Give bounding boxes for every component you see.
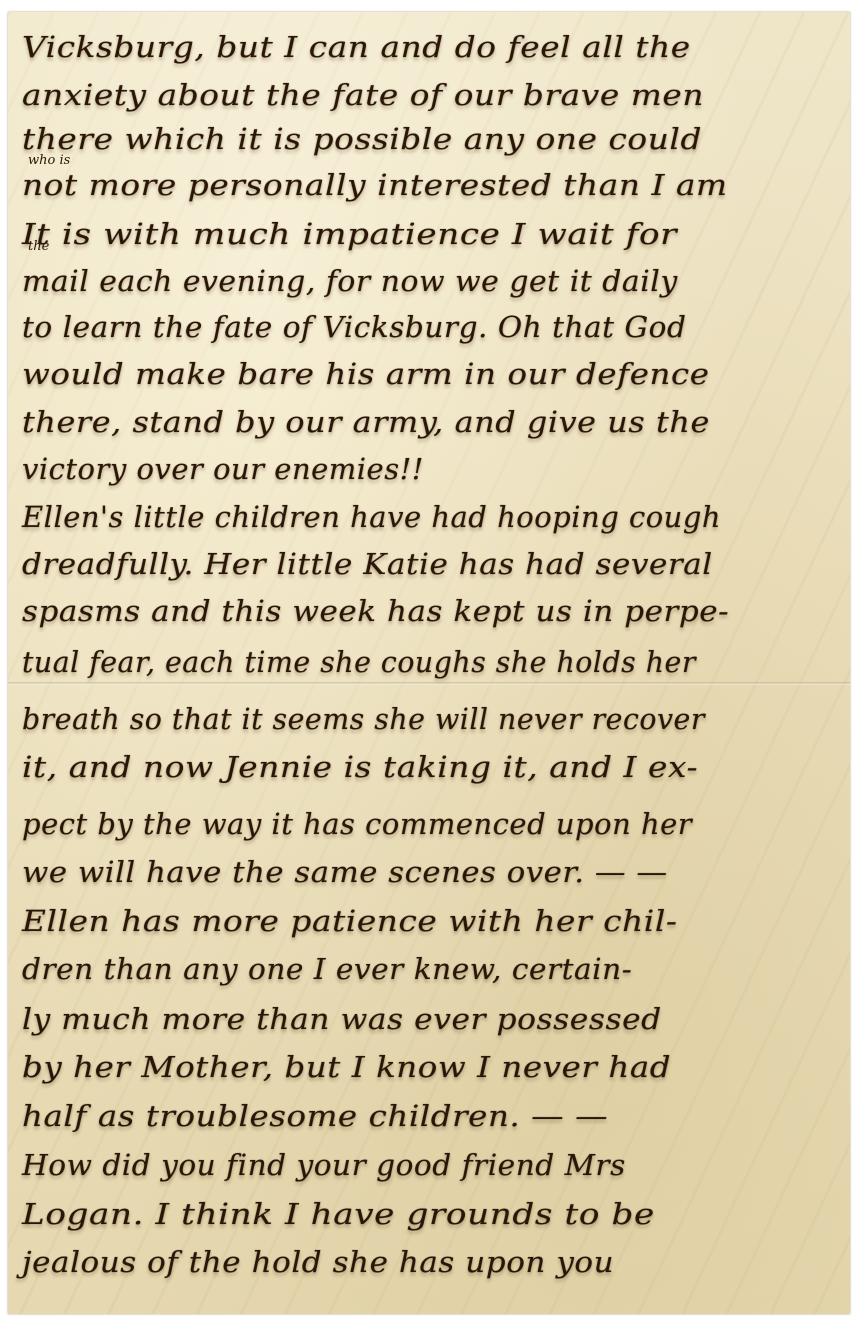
letter-page: who is the Vicksburg, but I can and do f…: [8, 12, 850, 1314]
letter-line: we will have the same scenes over. — —: [22, 855, 668, 889]
letter-line: dreadfully. Her little Katie has had sev…: [22, 547, 713, 581]
letter-line: dren than any one I ever knew, certain-: [22, 952, 632, 986]
letter-line: Logan. I think I have grounds to be: [22, 1197, 655, 1231]
letter-line: victory over our enemies!!: [22, 452, 424, 486]
letter-line: not more personally interested than I am: [22, 168, 728, 202]
paper-fold: [8, 682, 850, 685]
letter-line: there, stand by our army, and give us th…: [22, 405, 710, 439]
letter-line: Ellen's little children have had hooping…: [22, 500, 721, 534]
letter-line: How did you find your good friend Mrs: [22, 1148, 626, 1182]
letter-line: It is with much impatience I wait for: [22, 217, 677, 251]
letter-line: to learn the fate of Vicksburg. Oh that …: [22, 310, 686, 344]
letter-line: breath so that it seems she will never r…: [22, 702, 705, 736]
letter-line: Vicksburg, but I can and do feel all the: [22, 30, 691, 64]
letter-line: half as troublesome children. — —: [22, 1099, 608, 1133]
letter-line: anxiety about the fate of our brave men: [22, 78, 704, 112]
letter-line: pect by the way it has commenced upon he…: [22, 807, 692, 841]
letter-line: mail each evening, for now we get it dai…: [22, 264, 678, 298]
letter-line: would make bare his arm in our defence: [22, 357, 710, 391]
letter-line: there which it is possible any one could: [22, 122, 702, 156]
letter-line: tual fear, each time she coughs she hold…: [22, 645, 696, 679]
letter-line: spasms and this week has kept us in perp…: [22, 594, 729, 628]
letter-line: jealous of the hold she has upon you: [22, 1245, 614, 1279]
letter-line: ly much more than was ever possessed: [22, 1002, 662, 1036]
letter-line: by her Mother, but I know I never had: [22, 1050, 671, 1084]
letter-line: Ellen has more patience with her chil-: [22, 904, 678, 938]
letter-line: it, and now Jennie is taking it, and I e…: [22, 750, 698, 784]
